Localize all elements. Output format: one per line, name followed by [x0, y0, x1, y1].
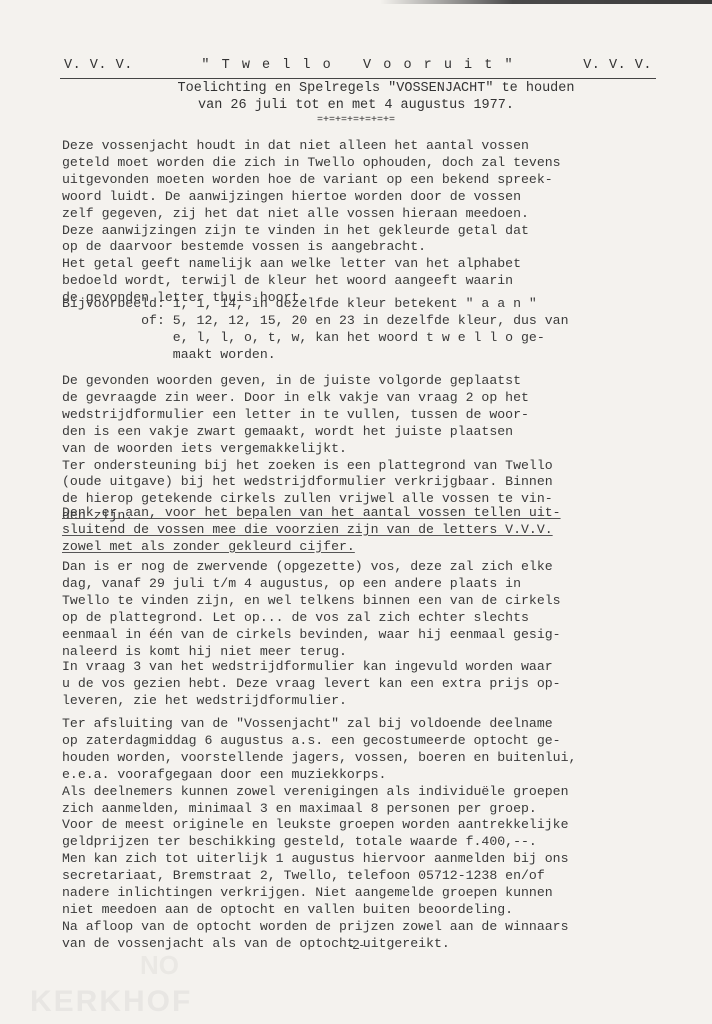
text-line: naleerd is komt hij niet meer terug.: [62, 644, 662, 661]
header-left: V. V. V.: [64, 58, 133, 73]
text-line: nadere inlichtingen verkrijgen. Niet aan…: [62, 885, 662, 902]
text-line: Denk er aan, voor het bepalen van het aa…: [62, 505, 662, 522]
text-line: e, l, l, o, t, w, kan het woord t w e l …: [62, 330, 662, 347]
paragraph-words: De gevonden woorden geven, in de juiste …: [62, 373, 662, 525]
paragraph-intro: Deze vossenjacht houdt in dat niet allee…: [62, 138, 662, 307]
text-line: Als deelnemers kunnen zowel verenigingen…: [62, 784, 662, 801]
text-line: de gevraagde zin weer. Door in elk vakje…: [62, 390, 662, 407]
text-line: woord luidt. De aanwijzingen hiertoe wor…: [62, 189, 662, 206]
text-line: In vraag 3 van het wedstrijdformulier ka…: [62, 659, 662, 676]
text-line: bedoeld wordt, terwijl de kleur het woor…: [62, 273, 662, 290]
text-line: De gevonden woorden geven, in de juiste …: [62, 373, 662, 390]
text-line: (oude uitgave) bij het wedstrijdformulie…: [62, 474, 662, 491]
text-line: wedstrijdformulier een letter in te vull…: [62, 407, 662, 424]
scan-edge-shadow: [380, 0, 712, 4]
title-line-1: Toelichting en Spelregels "VOSSENJACHT" …: [0, 80, 712, 97]
paragraph-question-3: In vraag 3 van het wedstrijdformulier ka…: [62, 659, 662, 710]
text-line: op de daarvoor bestemde vossen is aangeb…: [62, 239, 662, 256]
text-line: zich aanmelden, minimaal 3 en maximaal 8…: [62, 801, 662, 818]
text-line: van de woorden iets vergemakkelijkt.: [62, 441, 662, 458]
text-line: maakt worden.: [62, 347, 662, 364]
text-line: zowel met als zonder gekleurd cijfer.: [62, 539, 662, 556]
header-center: " T w e l l o V o o r u i t ": [201, 58, 514, 73]
text-line: op de plattegrond. Let op... de vos zal …: [62, 610, 662, 627]
text-line: Ter afsluiting van de "Vossenjacht" zal …: [62, 716, 662, 733]
paragraph-notice: Denk er aan, voor het bepalen van het aa…: [62, 505, 662, 556]
text-line: op zaterdagmiddag 6 augustus a.s. een ge…: [62, 733, 662, 750]
text-line: e.e.a. voorafgegaan door een muziekkorps…: [62, 767, 662, 784]
text-line: Deze aanwijzingen zijn te vinden in het …: [62, 223, 662, 240]
paragraph-example: Bijvoorbeeld: 1, 1, 14, in dezelfde kleu…: [62, 296, 662, 364]
text-line: Men kan zich tot uiterlijk 1 augustus hi…: [62, 851, 662, 868]
page-number: -2-: [0, 937, 712, 952]
text-line: Bijvoorbeeld: 1, 1, 14, in dezelfde kleu…: [62, 296, 662, 313]
header-right: V. V. V.: [583, 58, 652, 73]
text-line: Het getal geeft namelijk aan welke lette…: [62, 256, 662, 273]
text-line: dag, vanaf 29 juli t/m 4 augustus, op ee…: [62, 576, 662, 593]
title-separator: =+=+=+=+=+=+=: [0, 114, 712, 128]
paragraph-closing: Ter afsluiting van de "Vossenjacht" zal …: [62, 716, 662, 953]
bleed-through-text: KERKHOF: [30, 985, 192, 1019]
text-line: eenmaal in één van de cirkels bevinden, …: [62, 627, 662, 644]
text-line: houden worden, voorstellende jagers, vos…: [62, 750, 662, 767]
text-line: of: 5, 12, 12, 15, 20 en 23 in dezelfde …: [62, 313, 662, 330]
text-line: zelf gegeven, zij het dat niet alle voss…: [62, 206, 662, 223]
letterhead: V. V. V. " T w e l l o V o o r u i t " V…: [64, 58, 652, 73]
document-title: Toelichting en Spelregels "VOSSENJACHT" …: [0, 80, 712, 128]
text-line: uitgevonden moeten worden hoe de variant…: [62, 172, 662, 189]
text-line: geldprijzen ter beschikking gesteld, tot…: [62, 834, 662, 851]
text-line: Voor de meest originele en leukste groep…: [62, 817, 662, 834]
title-line-2: van 26 juli tot en met 4 augustus 1977.: [0, 97, 712, 114]
text-line: geteld moet worden die zich in Twello op…: [62, 155, 662, 172]
text-line: Dan is er nog de zwervende (opgezette) v…: [62, 559, 662, 576]
text-line: Ter ondersteuning bij het zoeken is een …: [62, 458, 662, 475]
document-page: NO KERKHOF V. V. V. " T w e l l o V o o …: [0, 0, 712, 1024]
text-line: Deze vossenjacht houdt in dat niet allee…: [62, 138, 662, 155]
paragraph-roaming-fox: Dan is er nog de zwervende (opgezette) v…: [62, 559, 662, 660]
text-line: leveren, zie het wedstrijdformulier.: [62, 693, 662, 710]
text-line: Na afloop van de optocht worden de prijz…: [62, 919, 662, 936]
text-line: u de vos gezien hebt. Deze vraag levert …: [62, 676, 662, 693]
text-line: den is een vakje zwart gemaakt, wordt he…: [62, 424, 662, 441]
bleed-through-text: NO: [140, 950, 179, 981]
header-rule: [60, 78, 656, 79]
text-line: niet meedoen aan de optocht en vallen bu…: [62, 902, 662, 919]
text-line: sluitend de vossen mee die voorzien zijn…: [62, 522, 662, 539]
text-line: Twello te vinden zijn, en wel telkens bi…: [62, 593, 662, 610]
text-line: secretariaat, Bremstraat 2, Twello, tele…: [62, 868, 662, 885]
